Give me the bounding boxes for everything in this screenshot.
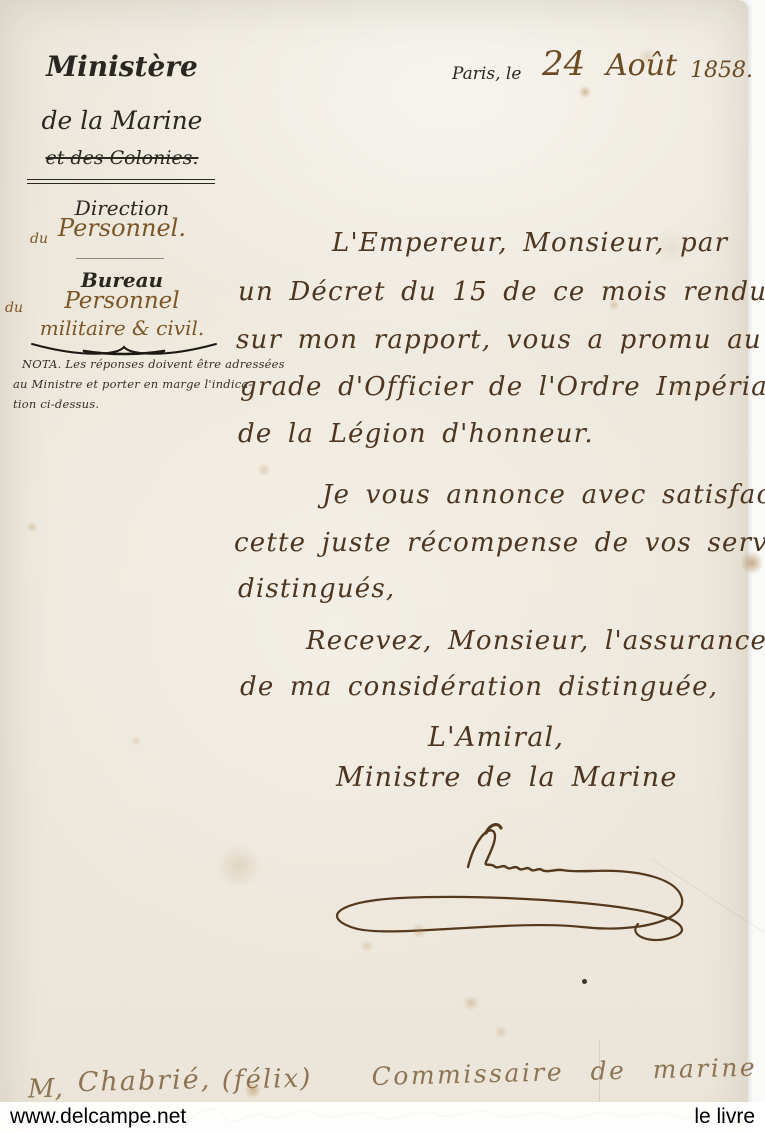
watermark-right-text: le livre bbox=[694, 1105, 755, 1129]
nota-line-3: tion ci-dessus. bbox=[13, 394, 99, 414]
scanned-letter: Ministère de la Marine et des Colonies. … bbox=[0, 0, 765, 1132]
body-p1-line1: L'Empereur, Monsieur, par bbox=[332, 228, 728, 258]
closing-line2: Ministre de la Marine bbox=[336, 762, 678, 793]
paper-sheet bbox=[0, 0, 748, 1132]
bureau-hand-name: Personnel bbox=[0, 288, 244, 314]
letterhead-thin-rule bbox=[76, 258, 164, 259]
ministry-name-line2: de la Marine bbox=[0, 106, 244, 135]
recipient-title: Commissaire de marine bbox=[371, 1053, 757, 1091]
body-p1-line5: de la Légion d'honneur. bbox=[238, 419, 594, 449]
body-p1-line4: grade d'Officier de l'Ordre Impérial bbox=[240, 372, 765, 402]
body-p2-line3: distingués, bbox=[238, 574, 395, 604]
watermark-left-text: www.delcampe.net bbox=[10, 1105, 186, 1129]
recipient-firstname: (félix) bbox=[221, 1064, 312, 1096]
ministry-name-line3-struck: et des Colonies. bbox=[0, 147, 244, 169]
letterhead-double-rule bbox=[27, 179, 215, 184]
dateline-month: Août bbox=[606, 48, 677, 83]
ministry-name-line1: Ministère bbox=[0, 50, 244, 83]
body-p3-line1: Recevez, Monsieur, l'assurance bbox=[306, 626, 765, 656]
body-p2-line1: Je vous annonce avec satisfaction, bbox=[322, 480, 765, 510]
dateline-year: 1858. bbox=[690, 58, 753, 83]
direction-hand-name: Personnel. bbox=[0, 214, 244, 242]
body-p2-line2: cette juste récompense de vos services bbox=[234, 528, 765, 558]
closing-line1: L'Amiral, bbox=[428, 722, 564, 753]
recipient-salutation: M, bbox=[28, 1074, 64, 1105]
nota-line-1: NOTA. Les réponses doivent être adressée… bbox=[22, 354, 285, 374]
body-p3-line2: de ma considération distinguée, bbox=[240, 672, 718, 702]
recipient-surname: Chabrié, bbox=[77, 1064, 211, 1098]
watermark-band: www.delcampe.net le livre bbox=[0, 1102, 765, 1132]
signature-hamelin bbox=[310, 815, 730, 950]
body-p1-line3: sur mon rapport, vous a promu au bbox=[236, 325, 762, 355]
body-p1-line2: un Décret du 15 de ce mois rendu bbox=[238, 277, 765, 307]
bureau-hand-line2: militaire & civil. bbox=[0, 316, 244, 340]
dateline-day: 24 bbox=[542, 44, 585, 84]
dateline-printed: Paris, le bbox=[452, 64, 521, 84]
nota-line-2: au Ministre et porter en marge l'indica- bbox=[13, 374, 252, 394]
